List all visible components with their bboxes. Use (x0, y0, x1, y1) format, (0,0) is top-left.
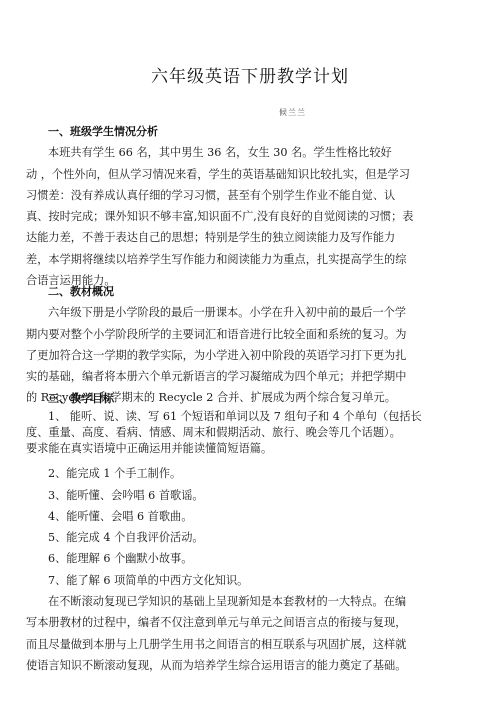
goal-item: 5、能完成 4 个自我评价活动。 (26, 527, 474, 548)
paragraph-line: 动 ，个性外向，但从学习情况来看，学生的英语基础知识比较扎实，但是学习 (26, 164, 474, 185)
goal-item: 2、能完成 1 个手工制作。 (26, 463, 474, 484)
paragraph-line: 真、按时完成；课外知识不够丰富,知识面不广,没有良好的自觉阅读的习惯；表 (26, 206, 474, 227)
goal-item: 6、能理解 6 个幽默小故事。 (26, 548, 474, 569)
paragraph-line: 使语言知识不断滚动复现，从而为培养学生综合运用语言的能力奠定了基础。 (26, 655, 474, 676)
goal-item: 4、能听懂、会唱 6 首歌曲。 (26, 506, 474, 527)
goal-line: 要求能在真实语境中正确运用并能读懂简短语篇。 (26, 441, 474, 457)
goal-item: 7、能了解 6 项简单的中西方文化知识。 (26, 570, 474, 591)
paragraph-line: 实的基础，编者将本册六个单元新语言的学习凝缩成为四个单元；并把学期中 (26, 366, 474, 387)
section-heading: 二、教材概况 (26, 281, 474, 302)
author-name: 候兰兰 (279, 107, 306, 118)
document-title: 六年级英语下册教学计划 (0, 62, 500, 87)
document-page: 六年级英语下册教学计划 候兰兰 一、班级学生情况分析 本班共有学生 66 名，其… (0, 0, 500, 707)
paragraph-line: 本班共有学生 66 名，其中男生 36 名，女生 30 名。学生性格比较好 (26, 142, 474, 163)
section-heading: 一、班级学生情况分析 (26, 121, 474, 142)
goal-line: 度、重量、高度、看病、情感、周末和假期活动、旅行、晚会等几个话题）。 (26, 425, 474, 441)
section-heading: 三、教学目标 (26, 388, 474, 409)
paragraph-line: 写本册教材的过程中，编者不仅注意到单元与单元之间语言点的衔接与复现， (26, 612, 474, 633)
goal-line: 1、 能听、说、读、写 61 个短语和单词以及 7 组句子和 4 个单句（包括长 (26, 409, 474, 425)
paragraph-line: 达能力差，不善于表达自己的思想；特别是学生的独立阅读能力及写作能力 (26, 227, 474, 248)
paragraph-line: 六年级下册是小学阶段的最后一册课本。小学在升入初中前的最后一个学 (26, 302, 474, 323)
section-class-analysis: 一、班级学生情况分析 本班共有学生 66 名，其中男生 36 名，女生 30 名… (26, 121, 474, 291)
goal-1: 1、 能听、说、读、写 61 个短语和单词以及 7 组句子和 4 个单句（包括长… (26, 409, 474, 457)
paragraph-line: 习惯差：没有养成认真仔细的学习习惯，甚至有个别学生作业不能自觉、认 (26, 185, 474, 206)
paragraph-line: 而且尽量做到本册与上几册学生用书之间语言的相互联系与巩固扩展，这样就 (26, 634, 474, 655)
paragraph-line: 差，本学期将继续以培养学生写作能力和阅读能力为重点，扎实提高学生的综 (26, 249, 474, 270)
paragraph-line: 了更加符合这一学期的教学实际，为小学进入初中阶段的英语学习打下更为扎 (26, 345, 474, 366)
paragraph-line: 在不断滚动复现已学知识的基础上呈现新知是本套教材的一大特点。在编 (26, 591, 474, 612)
goal-item: 3、能听懂、会吟唱 6 首歌谣。 (26, 485, 474, 506)
section-teaching-goals: 三、教学目标 1、 能听、说、读、写 61 个短语和单词以及 7 组句子和 4 … (26, 388, 474, 676)
paragraph-line: 期内要对整个小学阶段所学的主要词汇和语音进行比较全面和系统的复习。为 (26, 324, 474, 345)
